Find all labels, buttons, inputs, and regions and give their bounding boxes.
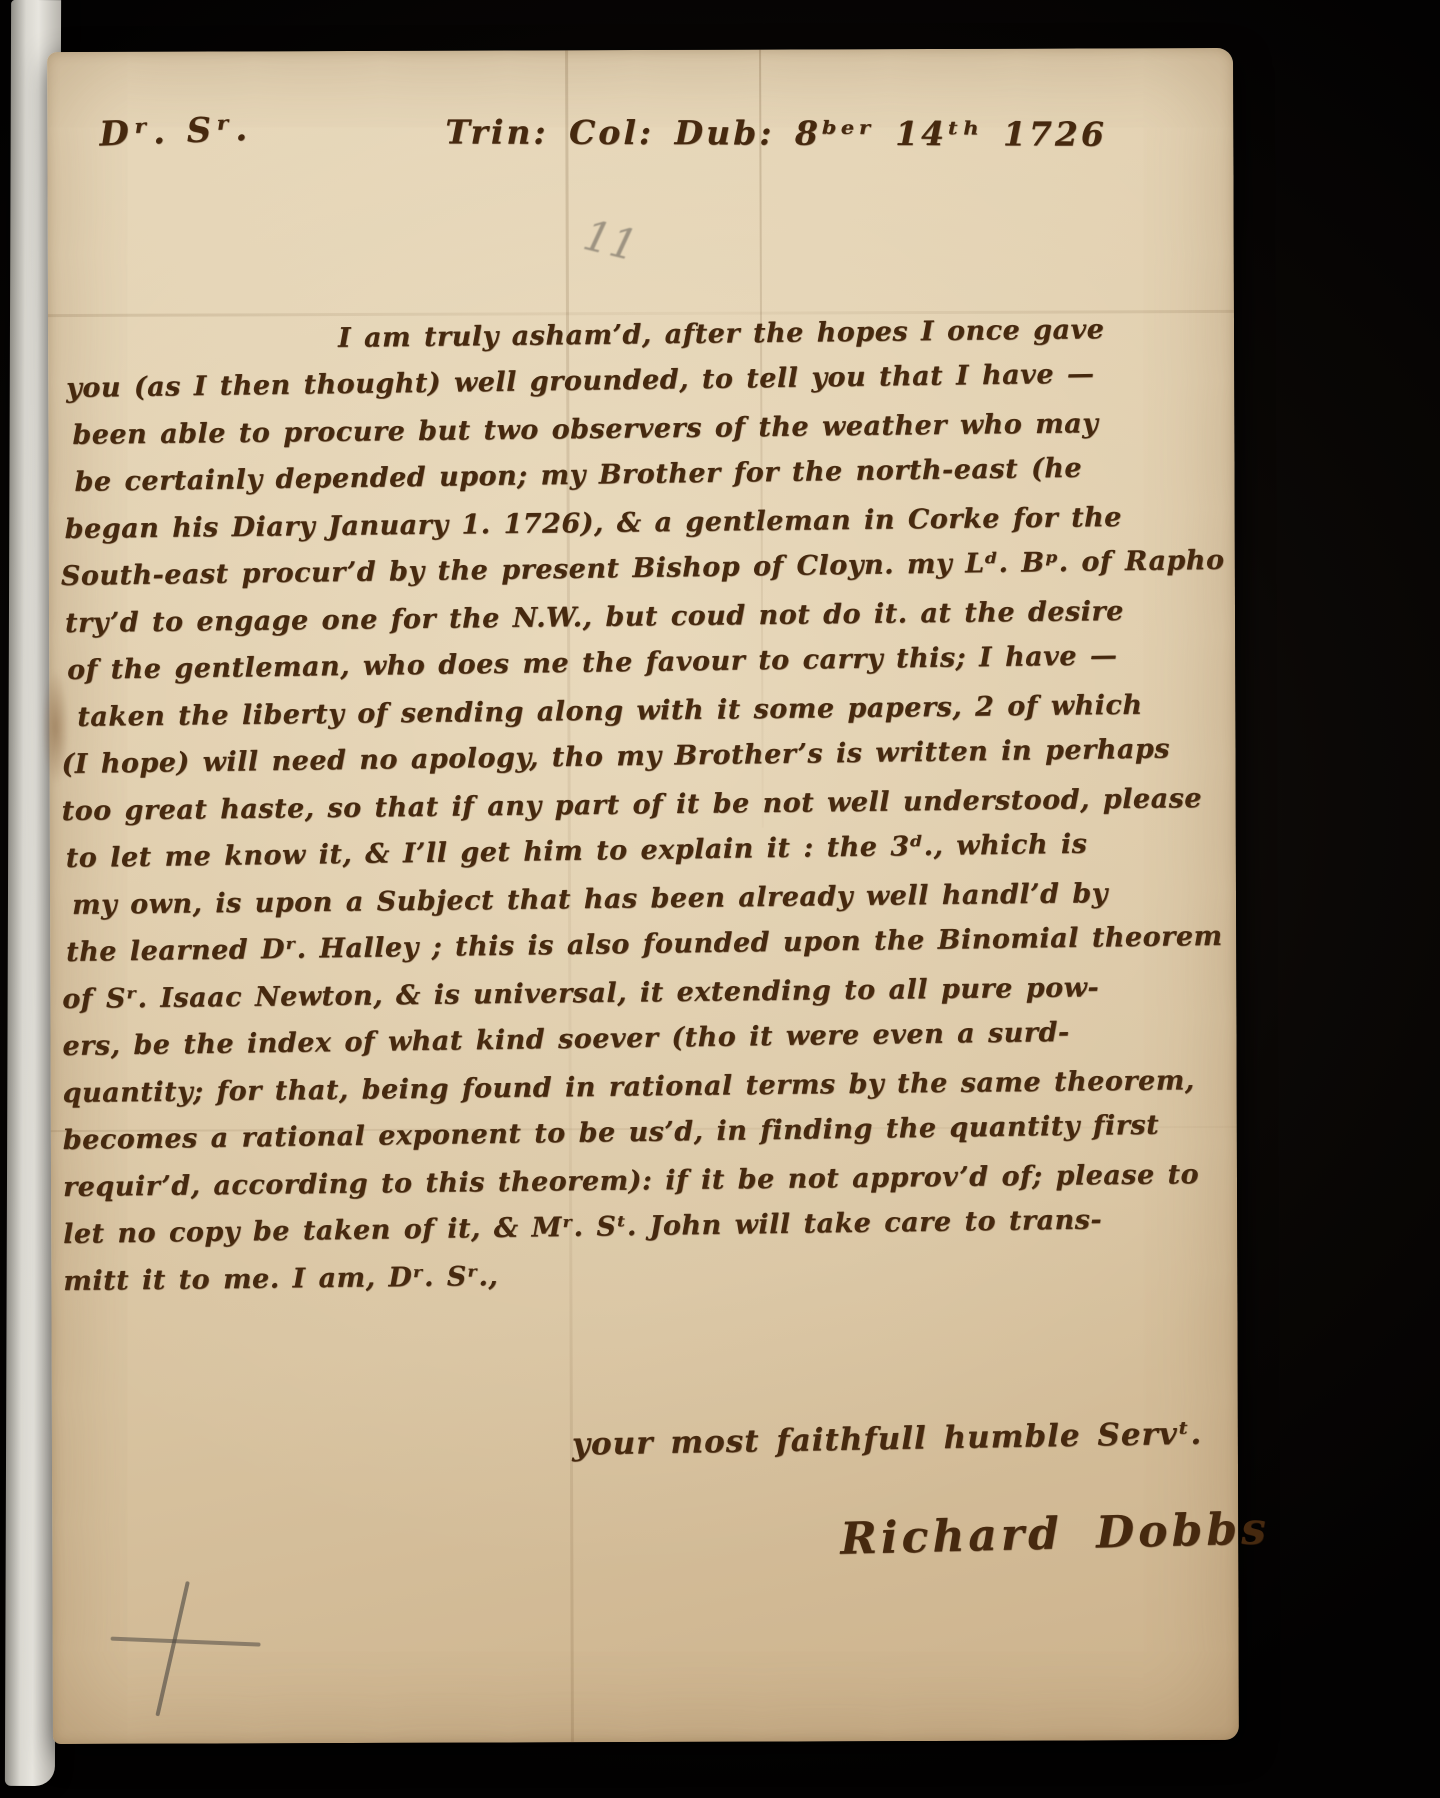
letter-body: I am truly asham’d, after the hopes I on…	[60, 314, 1227, 1305]
letter-paper: Dʳ. Sʳ. Trin: Col: Dub: 8ᵇᵉʳ 14ᵗʰ 1726 1…	[47, 48, 1239, 1744]
cross-vertical-stroke	[155, 1581, 189, 1716]
pencil-folio-number: 11	[579, 210, 643, 270]
closing-valediction: your most faithfull humble Servᵗ.	[572, 1416, 1203, 1463]
salutation: Dʳ. Sʳ.	[99, 109, 253, 155]
photograph-background: Dʳ. Sʳ. Trin: Col: Dub: 8ᵇᵉʳ 14ᵗʰ 1726 1…	[0, 0, 1440, 1798]
signature: Richard Dobbs	[840, 1503, 1271, 1564]
cross-horizontal-stroke	[111, 1637, 261, 1647]
dateline: Trin: Col: Dub: 8ᵇᵉʳ 14ᵗʰ 1726	[445, 112, 1107, 153]
pencil-cross-mark	[104, 1579, 264, 1720]
